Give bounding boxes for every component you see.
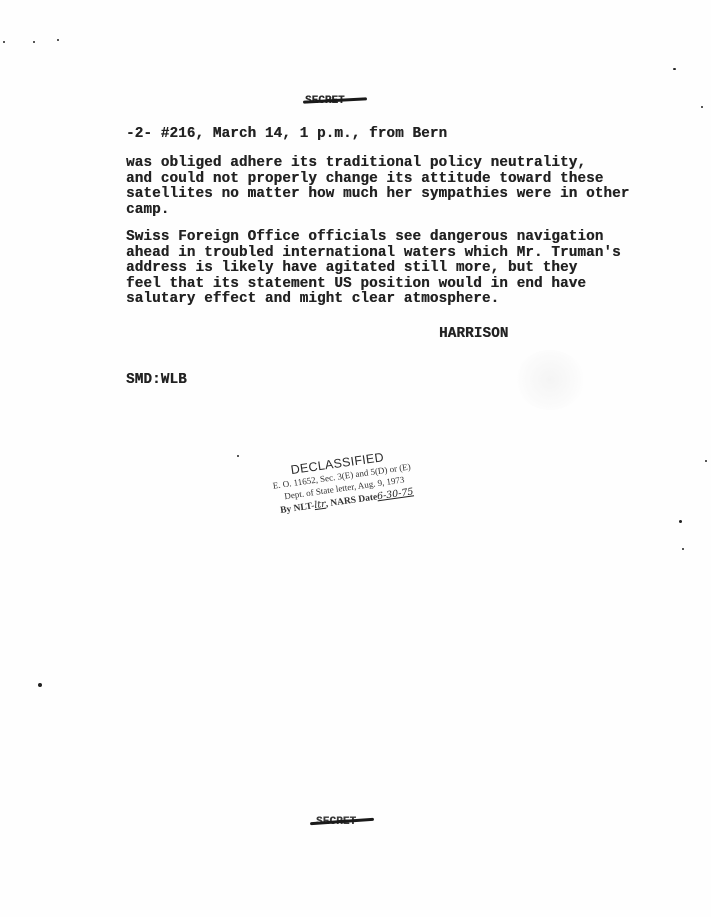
document-page: SECRET -2- #216, March 14, 1 p.m., from … <box>0 0 711 917</box>
scan-speck <box>679 520 682 523</box>
scan-speck <box>38 683 42 687</box>
scan-speck <box>237 455 239 457</box>
signature: HARRISON <box>439 327 508 343</box>
text-line: ahead in troubled international waters w… <box>126 246 621 262</box>
paragraph-2: Swiss Foreign Office officials see dange… <box>126 230 621 308</box>
text-line: camp. <box>126 203 629 219</box>
text-line: salutary effect and might clear atmosphe… <box>126 292 621 308</box>
scan-speck <box>33 41 35 43</box>
scan-speck <box>673 68 676 70</box>
text-line: address is likely have agitated still mo… <box>126 261 621 277</box>
text-line: feel that its statement US position woul… <box>126 277 621 293</box>
scan-speck <box>705 460 707 462</box>
text-line: satellites no matter how much her sympat… <box>126 187 629 203</box>
scan-speck <box>57 39 59 41</box>
scan-speck <box>701 106 703 108</box>
declassification-stamp: DECLASSIFIED E. O. 11652, Sec. 3(E) and … <box>270 437 485 518</box>
faint-seal-mark <box>515 350 585 410</box>
reference-initials: SMD:WLB <box>126 373 187 389</box>
stamp-by-label: By NLT- <box>280 501 315 516</box>
paragraph-1: was obliged adhere its traditional polic… <box>126 156 629 218</box>
telegram-header: -2- #216, March 14, 1 p.m., from Bern <box>126 127 447 143</box>
text-line: was obliged adhere its traditional polic… <box>126 156 629 172</box>
text-line: Swiss Foreign Office officials see dange… <box>126 230 621 246</box>
scan-speck <box>3 41 5 43</box>
stamp-nars-date: 6-30-75 <box>376 486 414 502</box>
text-line: and could not properly change its attitu… <box>126 172 629 188</box>
scan-speck <box>682 548 684 550</box>
